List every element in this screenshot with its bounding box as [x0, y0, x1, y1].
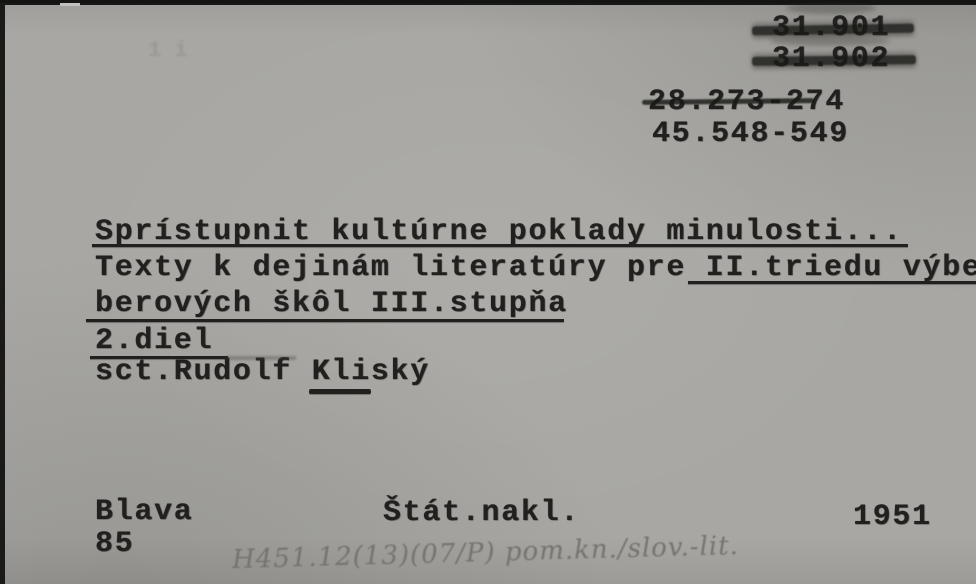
strikethrough — [752, 55, 916, 66]
scan-edge-left — [0, 0, 5, 584]
imprint-place: Blava — [95, 494, 194, 530]
underline-title-3 — [86, 319, 564, 322]
title-line-3: berových škôl III.stupňa — [95, 286, 568, 322]
ghost-mark: 1 i — [148, 38, 188, 63]
imprint-year: 1951 — [853, 499, 932, 535]
call-number-4: 45.548-549 — [652, 116, 849, 152]
underline-author — [309, 389, 371, 394]
underline-title-4 — [90, 356, 228, 359]
underline-title-2 — [688, 281, 976, 284]
handwritten-classification: H451.12(13)(07/P) pom.kn./slov.-lit. — [232, 531, 740, 575]
underline-smear — [226, 356, 296, 360]
horizontal-rule — [0, 0, 976, 3]
imprint-shelf: 85 — [95, 526, 134, 562]
imprint-publisher: Štát.nakl. — [383, 495, 580, 531]
catalog-card: 1 i 31.901 31.902 28.273-274 45.548-549 … — [0, 0, 976, 584]
underline-title-1 — [92, 244, 908, 247]
